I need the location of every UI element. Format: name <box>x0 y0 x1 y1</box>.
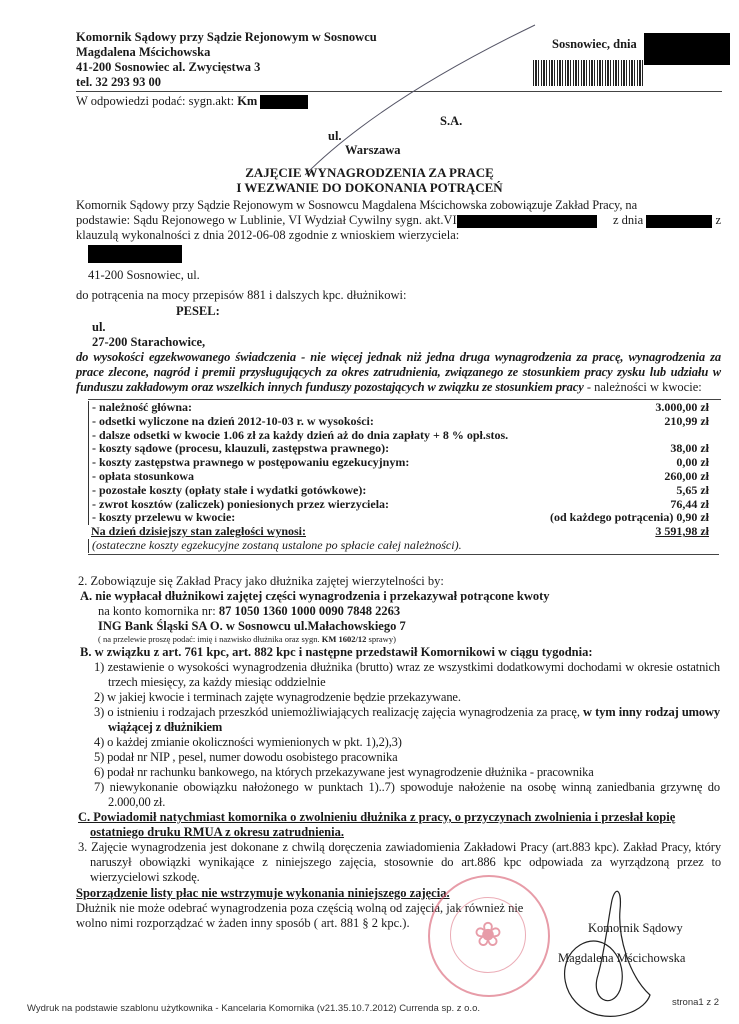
reply-ref-prefix: Km <box>237 94 257 108</box>
debtor-city: 27-200 Starachowice, <box>92 335 205 350</box>
redaction <box>644 33 730 65</box>
amount-value: 3 591,98 zł <box>655 525 709 539</box>
creditor-address: 41-200 Sosnowiec, ul. <box>88 268 721 283</box>
section-2c-heading: C. Powiadomił natychmiast komornika o zw… <box>78 810 720 840</box>
amount-label: Na dzień dzisiejszy stan zaległości wyno… <box>91 525 306 539</box>
intro-line: Komornik Sądowy przy Sądzie Rejonowym w … <box>76 198 721 213</box>
obligation-text: 3) o istnieniu i rodzajach przeszkód uni… <box>94 705 580 719</box>
section-2b-heading: B. w związku z art. 761 kpc, art. 882 kp… <box>80 645 720 660</box>
redaction <box>646 215 712 228</box>
bank-name: ING Bank Śląski SA O. w Sosnowcu ul.Mała… <box>98 619 720 634</box>
amount-label: - odsetki wyliczone na dzień 2012-10-03 … <box>92 415 374 429</box>
amount-value: 210,99 zł <box>664 415 709 429</box>
reply-reference: W odpowiedzi podać: sygn.akt: Km <box>76 94 308 109</box>
amount-row: - koszty zastępstwa prawnego w postępowa… <box>88 456 719 470</box>
redaction <box>88 245 182 263</box>
date-label: z dnia <box>613 213 643 227</box>
amount-row: - odsetki wyliczone na dzień 2012-10-03 … <box>88 415 719 429</box>
section-2: 2. Zobowiązuje się Zakład Pracy jako dłu… <box>80 574 720 840</box>
account-number: 87 1050 1360 1000 0090 7848 2263 <box>219 604 400 618</box>
obligation-item: 3) o istnieniu i rodzajach przeszkód uni… <box>94 705 720 735</box>
amount-value: (od każdego potrącenia) 0,90 zł <box>550 511 709 525</box>
obligation-item: 7) niewykonanie obowiązku nałożonego w p… <box>94 780 720 810</box>
intro-line: klauzulą wykonalności z dnia 2012-06-08 … <box>76 228 721 243</box>
total-note: (ostateczne koszty egzekucyjne zostaną u… <box>88 539 719 553</box>
amount-row: - koszty przelewu w kwocie:(od każdego p… <box>88 511 719 525</box>
amount-row: - opłata stosunkowa260,00 zł <box>88 470 719 484</box>
amount-row: - koszty sądowe (procesu, klauzuli, zast… <box>88 442 719 456</box>
creditor-redaction <box>88 245 721 267</box>
amount-label: - koszty przelewu w kwocie: <box>92 511 235 525</box>
court-ref: podstawie: Sądu Rejonowego w Lublinie, V… <box>76 213 457 227</box>
obligation-item: 5) podał nr NIP , pesel, numer dowodu os… <box>94 750 720 765</box>
conjunction: z <box>715 213 721 227</box>
transfer-note-end: sprawy) <box>369 634 396 644</box>
transfer-note: ( na przelewie proszę podać: imię i nazw… <box>98 634 720 645</box>
amount-value: 0,00 zł <box>676 456 709 470</box>
total-row: Na dzień dzisiejszy stan zaległości wyno… <box>88 525 719 539</box>
amount-label: - opłata stosunkowa <box>92 470 194 484</box>
amount-row: - zwrot kosztów (zaliczek) poniesionych … <box>88 498 719 512</box>
section-2-heading: 2. Zobowiązuje się Zakład Pracy jako dłu… <box>78 574 720 589</box>
intro-line: podstawie: Sądu Rejonowego w Lublinie, V… <box>76 213 721 228</box>
amounts-table: - należność główna:3.000,00 zł- odsetki … <box>88 401 719 555</box>
redaction <box>457 215 597 228</box>
table-bottom-border <box>88 554 719 555</box>
reply-label: W odpowiedzi podać: sygn.akt: <box>76 94 234 108</box>
scribble-line <box>300 20 540 180</box>
document-title: ZAJĘCIE WYNAGRODZENIA ZA PRACĘ I WEZWANI… <box>0 165 739 195</box>
debtor-pesel-label: PESEL: <box>176 304 220 319</box>
obligation-item: 1) zestawienie o wysokości wynagrodzenia… <box>94 660 720 690</box>
amount-value: 3.000,00 zł <box>655 401 709 415</box>
official-stamp: ❀ <box>428 875 550 997</box>
case-ref: KM 1602/12 <box>322 634 367 644</box>
footer-text: Wydruk na podstawie szablonu użytkownika… <box>27 1003 480 1014</box>
obligations-list: 1) zestawienie o wysokości wynagrodzenia… <box>94 660 720 810</box>
debtor-intro: do potrącenia na mocy przepisów 881 i da… <box>76 288 406 303</box>
place-date-label: Sosnowiec, dnia <box>552 37 637 51</box>
amount-value: 76,44 zł <box>670 498 709 512</box>
amount-label: - zwrot kosztów (zaliczek) poniesionych … <box>92 498 389 512</box>
title-line2: I WEZWANIE DO DOKONANIA POTRĄCEŃ <box>0 180 739 195</box>
obligation-item: 4) o każdej zmianie okoliczności wymieni… <box>94 735 720 750</box>
amount-row: - dalsze odsetki w kwocie 1.06 zł za każ… <box>88 429 719 443</box>
intro-paragraph: Komornik Sądowy przy Sądzie Rejonowym w … <box>76 198 721 283</box>
account-line: na konto komornika nr: 87 1050 1360 1000… <box>98 604 720 619</box>
transfer-note-text: ( na przelewie proszę podać: imię i nazw… <box>98 634 320 644</box>
amount-value: 5,65 zł <box>676 484 709 498</box>
amount-label: - dalsze odsetki w kwocie 1.06 zł za każ… <box>92 429 508 443</box>
obligation-item: 2) w jakiej kwocie i terminach zajęte wy… <box>94 690 720 705</box>
amount-label: - koszty zastępstwa prawnego w postępowa… <box>92 456 409 470</box>
debtor-street: ul. <box>92 320 106 335</box>
section-3: 3. Zajęcie wynagrodzenia jest dokonane z… <box>78 840 721 885</box>
page-number: strona1 z 2 <box>672 997 719 1008</box>
handwritten-signature <box>550 880 660 1020</box>
scope-suffix: - należności w kwocie: <box>584 380 702 394</box>
amount-label: - pozostałe koszty (opłaty stałe i wydat… <box>92 484 366 498</box>
amount-row: - pozostałe koszty (opłaty stałe i wydat… <box>88 484 719 498</box>
obligation-item: 6) podał nr rachunku bankowego, na który… <box>94 765 720 780</box>
barcode <box>533 60 643 86</box>
payroll-note: Sporządzenie listy płac nie wstrzymuje w… <box>76 886 450 901</box>
section-2a-heading: A. nie wypłacał dłużnikowi zajętej częśc… <box>80 589 720 604</box>
amount-label: - należność główna: <box>92 401 192 415</box>
eagle-emblem-icon: ❀ <box>450 897 526 973</box>
amount-value: 38,00 zł <box>670 442 709 456</box>
title-line1: ZAJĘCIE WYNAGRODZENIA ZA PRACĘ <box>0 165 739 180</box>
account-label: na konto komornika nr: <box>98 604 216 618</box>
scope-paragraph: do wysokości egzekwowanego świadczenia -… <box>76 350 721 395</box>
amount-value: 260,00 zł <box>664 470 709 484</box>
amount-label: - koszty sądowe (procesu, klauzuli, zast… <box>92 442 389 456</box>
amount-row: - należność główna:3.000,00 zł <box>88 401 719 415</box>
